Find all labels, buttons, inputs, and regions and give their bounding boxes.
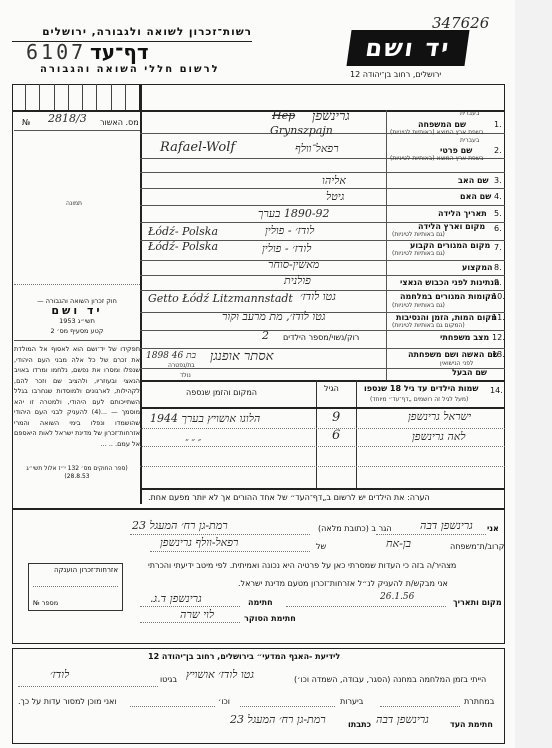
footer-ghetto-label: בגיטו	[160, 675, 177, 684]
field-3-value: אליהו	[322, 174, 346, 187]
citizenship-granted-box: אזרחות־זכרון הוענקה מספר №	[28, 563, 123, 611]
field-7-label: מקום המגורים הקבוע	[410, 241, 490, 250]
children-sub-header: (מעל לגיל זה רושמים „דף־עד״ מיוחד)	[370, 396, 468, 403]
footer-camp-label: הייתי בזמן המלחמה במחנה (הסגר, עבודה, הש…	[294, 675, 486, 684]
footer-frame	[12, 648, 505, 744]
field-11-sub-label: (המקום גם באותיות לטיניות)	[392, 322, 465, 329]
child-place: הלוגו אושויץ בערך 1944	[150, 412, 260, 425]
children-num: 14.	[490, 386, 503, 395]
field-6-sub-label: (גם באותיות לטיניות)	[392, 231, 445, 238]
field-1-hebrew-value: גרינשפן	[312, 108, 350, 124]
child-age: 6	[332, 428, 340, 443]
field-11-label: מקום המות, הזמן והנסיבות	[396, 313, 497, 322]
citizenship-title: אזרחות־זכרון הוענקה	[54, 566, 118, 574]
checker-label: חתימת הסוקר	[244, 614, 296, 623]
field-1-hebrew-label: בעברית	[460, 110, 479, 117]
footer-ready-label: ואני מוכן למסור עדות על כך.	[18, 697, 117, 706]
law-reference: (ספר החוקים מס׳ 132 י״ז אלול תשי״ג 28.8.…	[14, 465, 140, 481]
field-1-num: 1.	[494, 120, 502, 129]
field-3-label: שם האב	[458, 176, 489, 185]
place-date-value: 26.1.56	[380, 592, 414, 602]
field-4-value: גיטל	[326, 190, 344, 203]
field-4-label: שם האם	[460, 192, 491, 201]
field-7-num: 7.	[494, 243, 502, 252]
form-title: דף־עד	[90, 40, 149, 64]
field-6-num: 6.	[494, 224, 502, 233]
children-header: שמות הילדים עד גיל 18 שנספו	[364, 384, 478, 393]
address: ירושלים, רחוב בן־יהודה 12	[350, 70, 441, 79]
declaration-statement: מצהיר/ה בזה כי העדות שמסרתי כאן על פרטיה…	[148, 561, 456, 570]
testimony-form-page: רשות־זכרון לשואה ולגבורה, ירושלים 6107 ד…	[0, 0, 515, 748]
serial-number: 347626	[432, 14, 489, 32]
field-3-num: 3.	[494, 176, 502, 185]
declaration-relation-label: קרוב/ת־משפחה	[450, 542, 504, 551]
footer-camp-value: גטו לודז׳ אושויץ	[186, 668, 254, 681]
field-8-num: 8.	[494, 263, 502, 272]
field-11-num: 11.	[492, 313, 505, 322]
field-5-label: תאריך הלידה	[438, 209, 487, 218]
field-7-sub-label: (גם באותיות לטיניות)	[392, 250, 445, 257]
field-10-sub-label: (גם באותיות לטיניות)	[392, 302, 445, 309]
field-9-label: הנתינות לפני הכבוש הנאצי	[400, 278, 499, 287]
field-13-num: 13.	[492, 350, 505, 359]
declaration-residing-label: הגר ב (כתובת מלאה)	[318, 524, 392, 533]
field-12-value: 2	[262, 329, 269, 342]
left-column-divider	[140, 84, 142, 504]
declaration-of-label: של	[316, 542, 326, 551]
field-2-label: שם פרטי	[440, 146, 472, 155]
law-name: יד ושם	[14, 306, 140, 316]
declaration-relation-value: בן-אח	[386, 537, 411, 550]
law-box: חוק זכרון השואה והגבורה — יד ושם תשי״ג 1…	[14, 296, 140, 336]
yad-vashem-logo: יד ושם	[346, 30, 469, 66]
label-column-divider	[386, 110, 387, 380]
field-1-crossed-value: Hep	[272, 109, 295, 122]
field-2-latin-value: Rafael-Wolf	[160, 140, 235, 155]
child-name: לאה גרינשפן	[412, 430, 466, 443]
signature-value: גרינשפן ד.ג.	[150, 592, 202, 605]
footer-forests-label: ביערות	[340, 697, 363, 706]
field-9-num: 9.	[494, 278, 502, 287]
children-note: הערה: את הילדים יש לרשום ב„דף־העד״ של אח…	[148, 493, 430, 502]
child-age: 9	[332, 410, 340, 425]
children-age-header: הגיל	[324, 384, 339, 393]
footer-title: לידיעת -האגף המדעי״ בירושלים, רחוב בן־יה…	[148, 652, 340, 661]
certificate-label: מס. האשור	[100, 118, 139, 127]
field-1-label: שם המשפחה	[418, 120, 466, 129]
field-10-num: 10.	[492, 292, 505, 301]
mission-text: תפקידו של יד־ושם הוא לאסוף אל המולדת את …	[14, 344, 140, 449]
field-10-label: מקומות המגורים במלחמה	[400, 292, 497, 301]
form-subtitle: לרשום חללי השואה והגבורה	[40, 64, 220, 75]
field-13-born-label: בת/נפטרה	[168, 362, 195, 369]
field-13-born-in-label: נולד	[180, 372, 191, 379]
declaration-of-value: רפאל-וולף גרינשפן	[160, 536, 238, 549]
certificate-no-sign: №	[22, 118, 30, 127]
field-8-label: המקצוע	[462, 263, 492, 272]
field-2-hebrew-label: בעברית	[460, 137, 479, 144]
field-2-sub-label: בשפת ארץ המוצא (באותיות לטיניות)	[390, 155, 484, 162]
certificate-value: 2818/3	[48, 112, 87, 125]
child-place: ״ ״ ״	[185, 436, 201, 447]
law-year: תשי״ג 1953	[14, 316, 140, 326]
checker-value: לוי שרה	[180, 608, 214, 621]
witness-signature-value: גרינשפן דבה	[376, 713, 429, 726]
child-name: ישראל גרינשפן	[408, 410, 471, 423]
field-1-sub-label: בשפת ארץ המוצא (באותיות לטיניות)	[390, 129, 484, 136]
field-7-latin-value: Łódź- Polska	[148, 240, 218, 253]
field-13-born-value: 1898 בת 46	[146, 350, 196, 361]
field-10-latin-value: Getto Łódź Litzmannstadt	[148, 292, 293, 305]
form-number: 6107	[26, 40, 86, 64]
footer-etc-label: וכו׳	[218, 697, 230, 706]
signature-label: חתימה	[248, 598, 273, 607]
field-2-hebrew-value: רפאל־וולף	[295, 142, 339, 155]
field-13-value: אסתר אופנגן	[210, 348, 273, 364]
law-clause: קטע מסעיף מס׳ 2	[14, 326, 140, 336]
photo-label: תמונה	[66, 200, 82, 207]
declaration-request: אני מבקש/ת להעניק לנ״ל אזרחות־זכרון מטעם…	[238, 579, 448, 588]
code-boxes	[12, 84, 140, 110]
field-13-label: שם האשה ושם משפחתה	[408, 350, 499, 359]
citizenship-number-label: מספר №	[33, 599, 58, 607]
field-12-inline-label: רוק/נשוי/מספר הילדים	[283, 333, 359, 342]
children-place-header: המקום והזמן שנספה	[186, 388, 257, 397]
witness-address-label: כתבתו	[348, 720, 371, 729]
field-5-value: 1890-92 בערך	[258, 207, 330, 220]
witness-address-value: רמת-גן רח׳ המעגל 23	[230, 713, 326, 726]
field-12-label: מצב משפחתי	[440, 333, 489, 342]
place-date-label: מקום ותאריך	[453, 598, 502, 607]
field-8-value: מאשין-סוחר	[268, 258, 319, 271]
field-5-num: 5.	[494, 209, 502, 218]
field-11-value: גטו לודז׳, מת מרעב וקור	[222, 310, 325, 323]
field-4-num: 4.	[494, 192, 502, 201]
field-6-latin-value: Łódź- Polska	[148, 225, 218, 238]
footer-hiding-label: במחתרת	[464, 697, 494, 706]
field-7-value: לודז׳ - פולין	[262, 242, 311, 255]
husband-label: שם הבעל	[452, 368, 487, 377]
declaration-i-label: אני	[487, 524, 499, 533]
declaration-residing-value: רמת-גן רח׳ המעגל 23	[132, 519, 228, 532]
field-2-num: 2.	[494, 146, 502, 155]
field-6-label: מקום וארץ הלידה	[418, 222, 485, 231]
field-12-num: 12.	[492, 333, 505, 342]
field-9-value: פולנית	[284, 274, 311, 287]
field-6-value: לודז׳ - פולין	[265, 224, 314, 237]
declaration-name-value: גרינשפן דבה	[420, 519, 473, 532]
field-1-latin-value: Grynszpajn	[270, 124, 333, 137]
field-13-sub-label: לפני הנישואין	[440, 360, 473, 367]
witness-signature-label: חתימת העד	[450, 720, 493, 729]
field-10-value: גטו לודז׳	[300, 290, 336, 303]
footer-ghetto-value: לודז׳	[50, 668, 69, 681]
